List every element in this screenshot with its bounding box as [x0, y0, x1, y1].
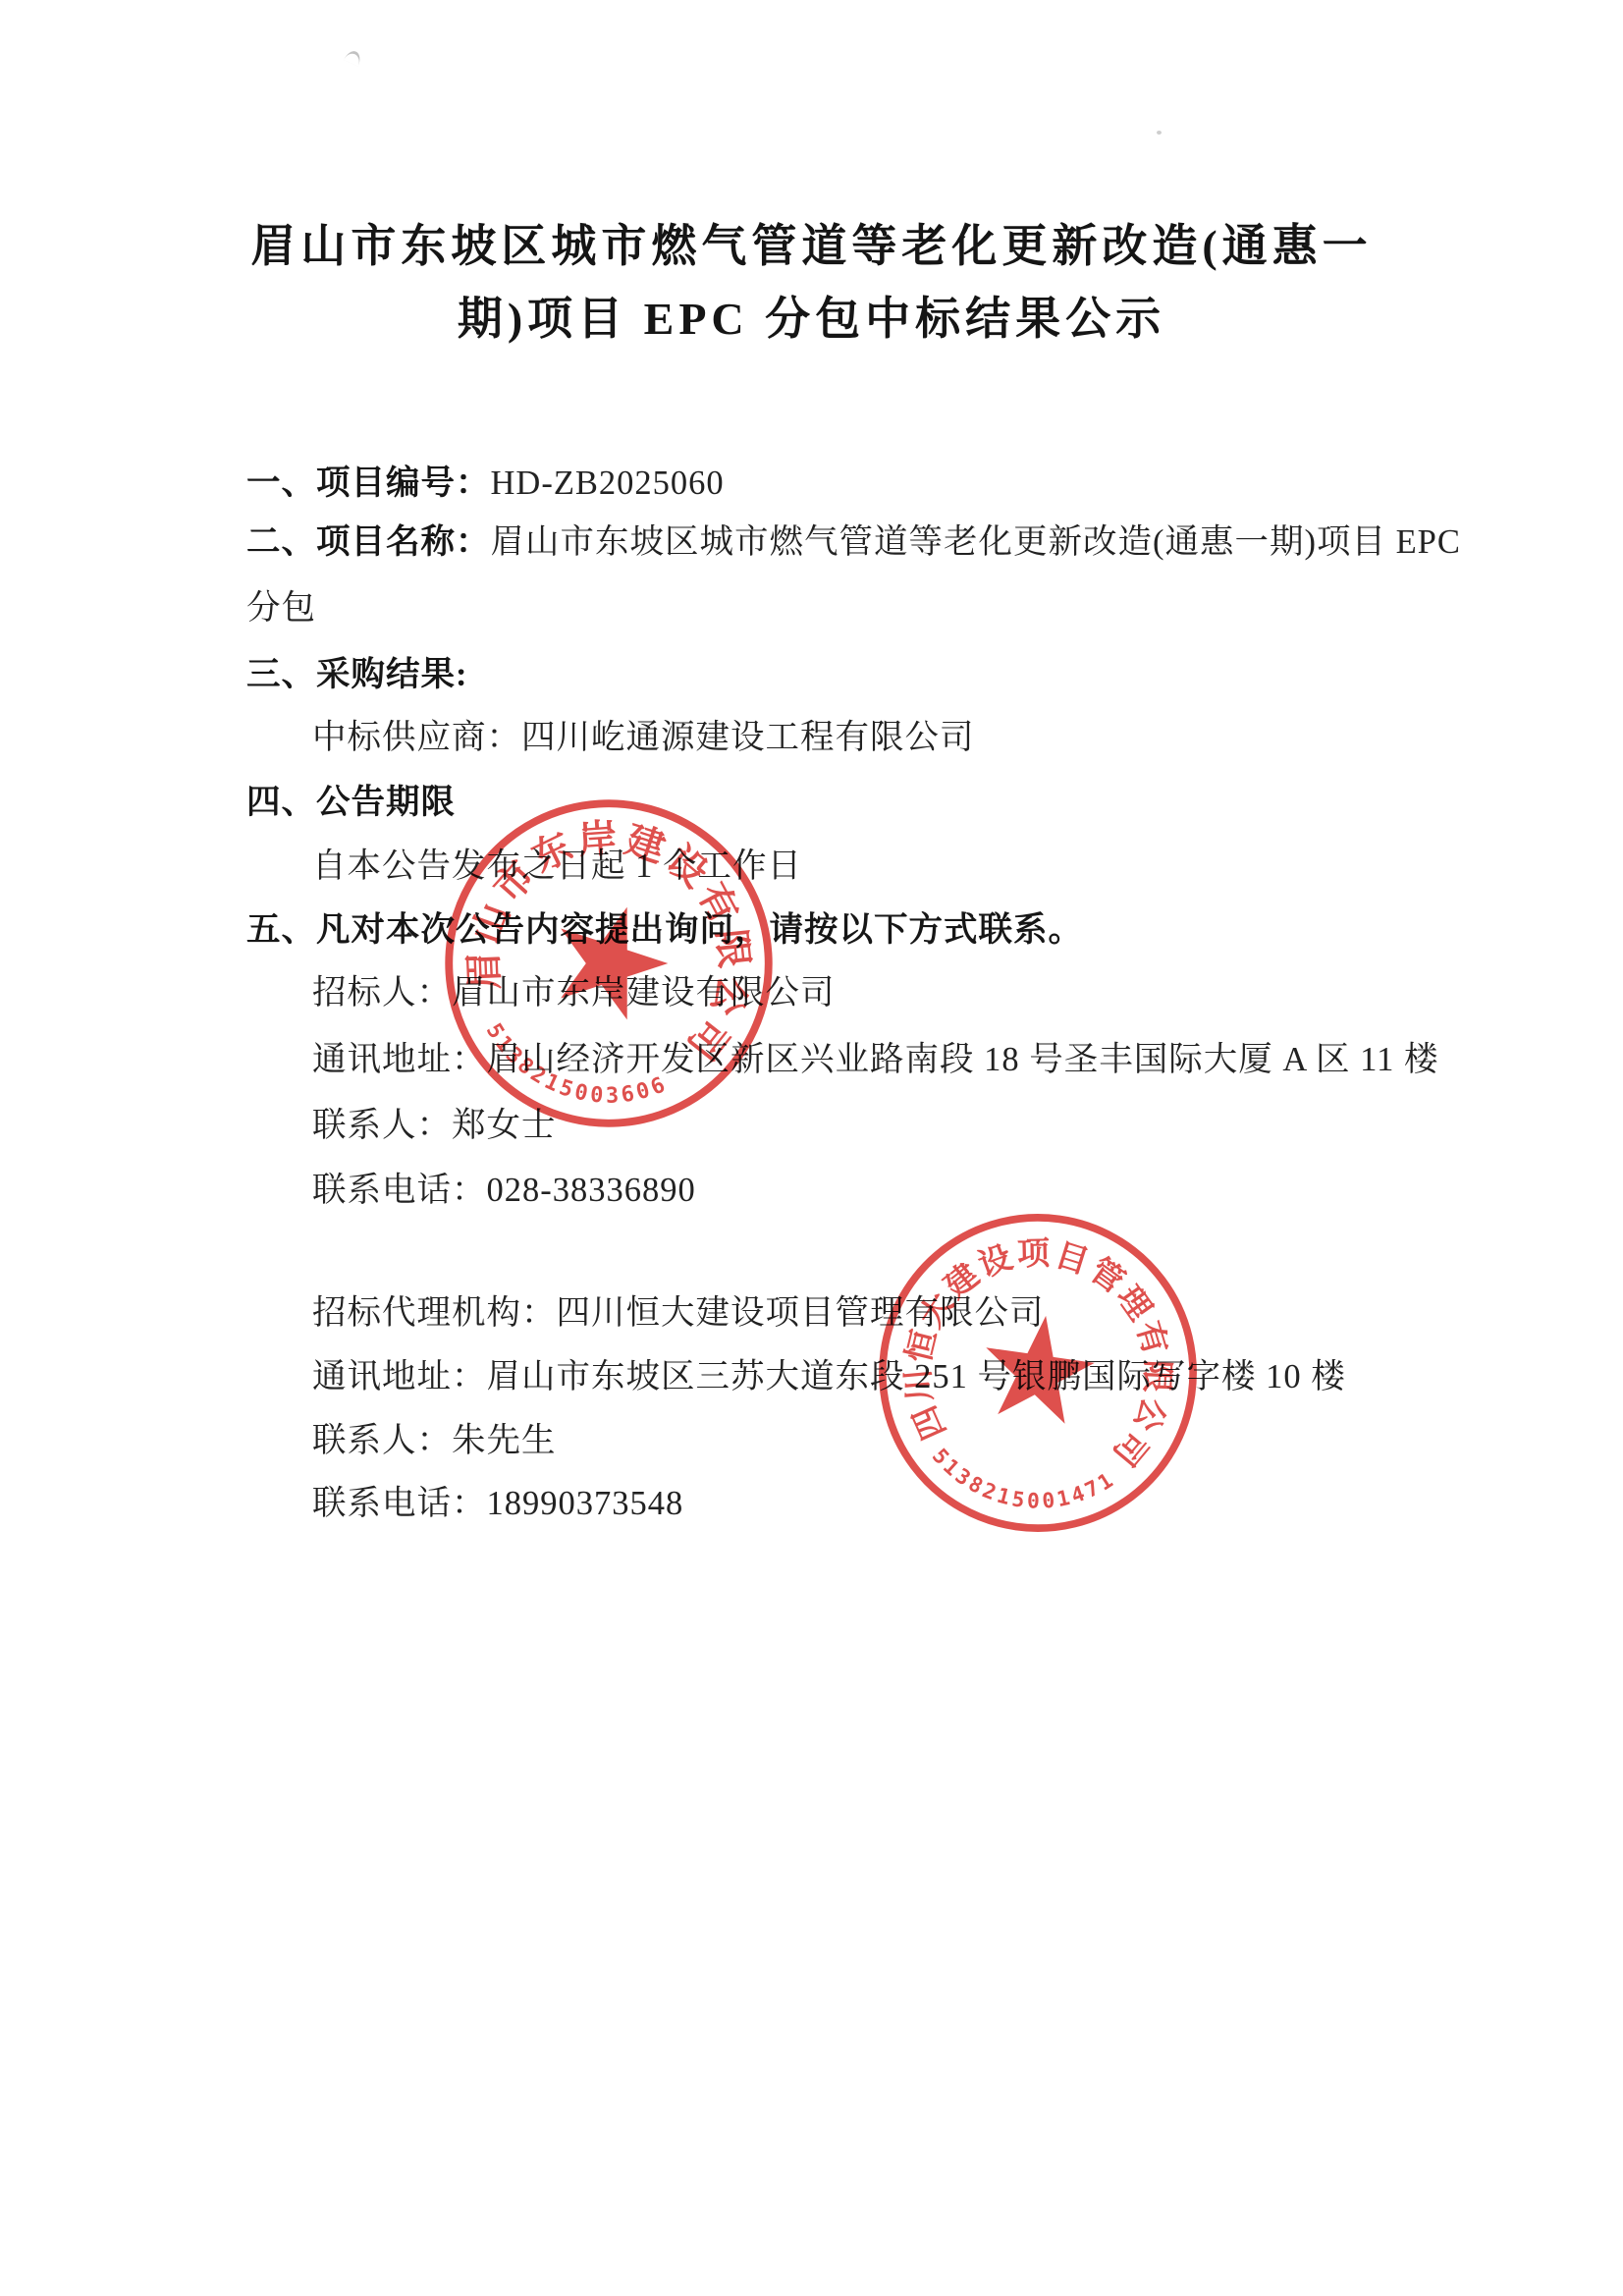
- seal-company-text: 四川恒大建设项目管理有限公司: [889, 1217, 1193, 1479]
- announcement-page: 眉山市东坡区城市燃气管道等老化更新改造(通惠一 期)项目 EPC 分包中标结果公…: [0, 0, 1623, 2296]
- tenderer-name-line: 招标人：眉山市东岸建设有限公司: [312, 973, 836, 1013]
- document-title-line2: 期)项目 EPC 分包中标结果公示: [0, 283, 1623, 348]
- project-name-label: 二、项目名称：: [246, 523, 491, 561]
- seal-number-text: 5138215001471: [922, 1442, 1123, 1526]
- inquiry-heading: 五、凡对本次公告内容提出询问，请按以下方式联系。: [246, 910, 1083, 951]
- seal-ring: [407, 762, 810, 1165]
- period-text-line: 自本公告发布之日起 1 个工作日: [312, 847, 802, 887]
- svg-text:5138215001471: 5138215001471: [922, 1442, 1123, 1526]
- project-number-value: HD-ZB2025060: [491, 465, 725, 502]
- scan-artifact: [344, 48, 363, 66]
- result-heading: 三、采购结果:: [246, 655, 468, 695]
- project-name-wrap-line: 分包: [246, 588, 316, 629]
- period-heading: 四、公告期限: [246, 783, 456, 823]
- agency-name-line: 招标代理机构：四川恒大建设项目管理有限公司: [312, 1293, 1045, 1334]
- winning-supplier-line: 中标供应商：四川屹通源建设工程有限公司: [312, 718, 975, 758]
- project-name-value: 眉山市东坡区城市燃气管道等老化更新改造(通惠一期)项目 EPC: [491, 523, 1461, 561]
- project-number-line: 一、项目编号：HD-ZB2025060: [246, 464, 725, 504]
- tenderer-phone-line: 联系电话：028-38336890: [312, 1171, 696, 1211]
- svg-text:四川恒大建设项目管理有限公司: 四川恒大建设项目管理有限公司: [889, 1217, 1193, 1479]
- scan-artifact: [1157, 131, 1162, 135]
- document-title-line1: 眉山市东坡区城市燃气管道等老化更新改造(通惠一: [0, 210, 1623, 275]
- agency-phone-line: 联系电话：18990373548: [312, 1484, 683, 1524]
- agency-address-line: 通讯地址：眉山市东坡区三苏大道东段 251 号银鹏国际写字楼 10 楼: [312, 1357, 1346, 1397]
- tenderer-address-line: 通讯地址：眉山经济开发区新区兴业路南段 18 号圣丰国际大厦 A 区 11 楼: [312, 1040, 1438, 1080]
- tenderer-contact-line: 联系人：郑女士: [312, 1106, 557, 1146]
- project-number-label: 一、项目编号：: [246, 465, 491, 502]
- agency-contact-line: 联系人：朱先生: [312, 1421, 557, 1461]
- project-name-line: 二、项目名称：眉山市东坡区城市燃气管道等老化更新改造(通惠一期)项目 EPC: [246, 522, 1461, 563]
